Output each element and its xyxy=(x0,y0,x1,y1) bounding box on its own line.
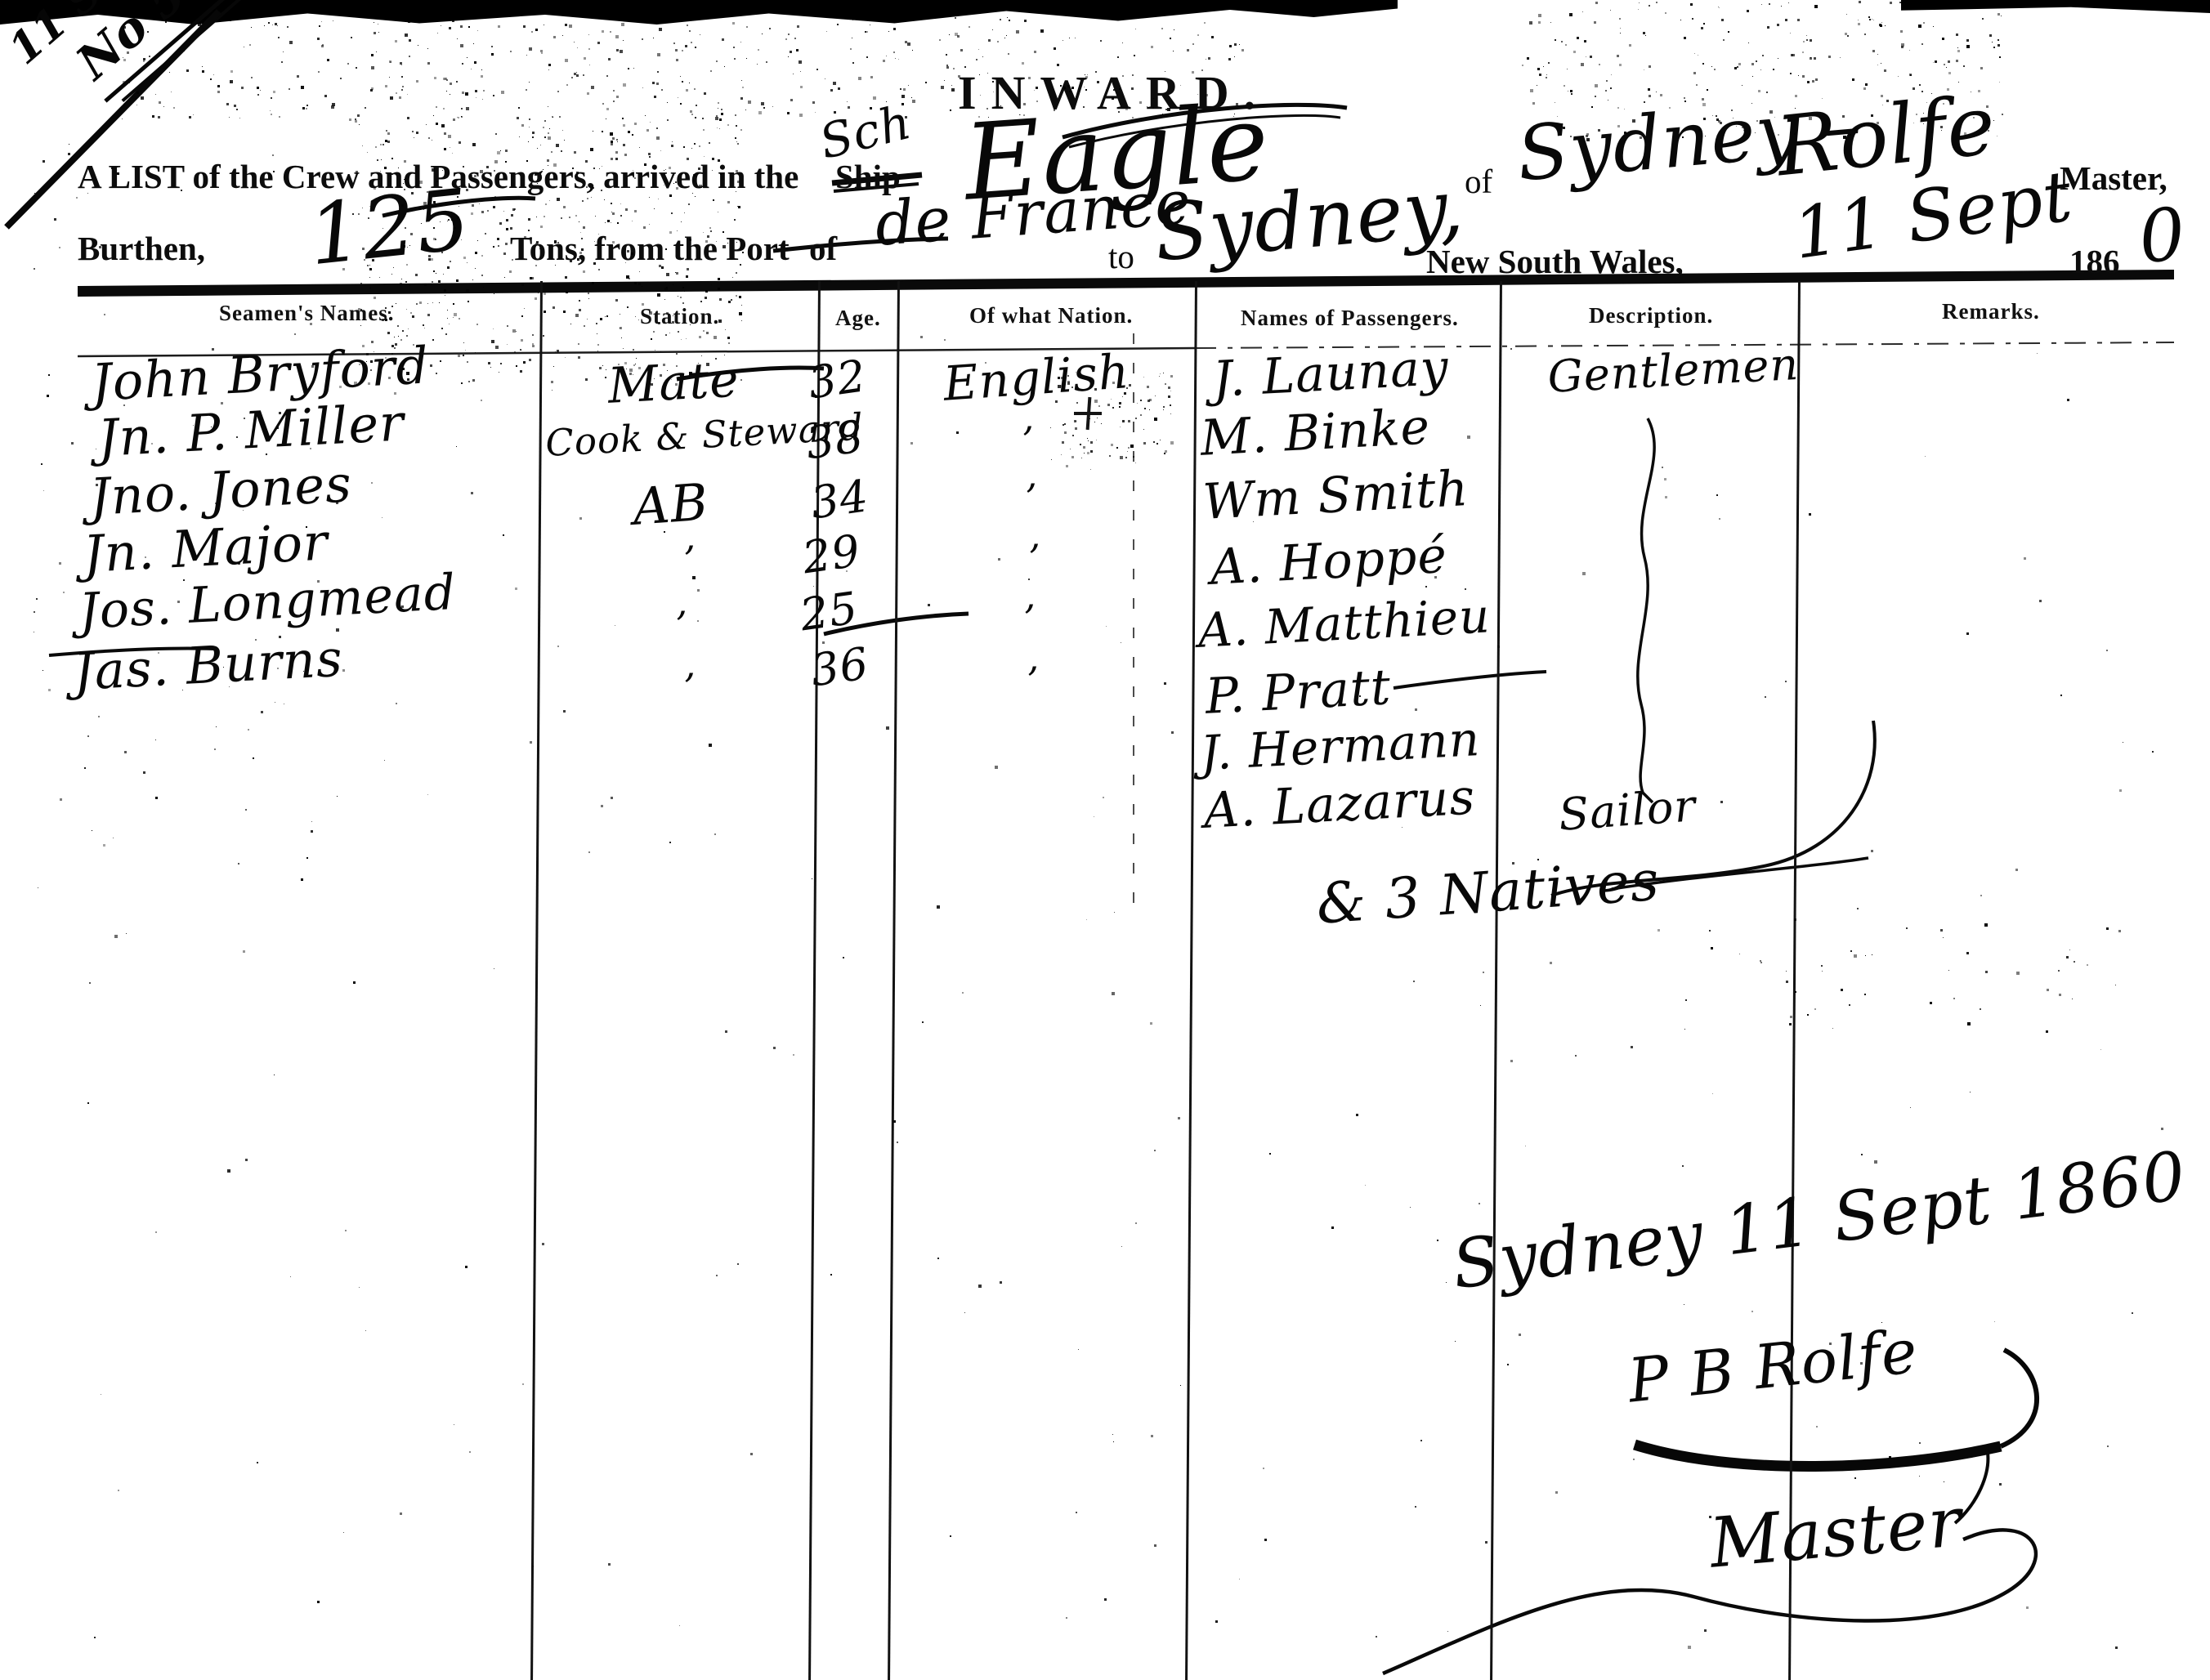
column-rule-4 xyxy=(1185,281,1197,1680)
tons-port-text: Tons, from the Port xyxy=(510,229,790,268)
crew-station-ditto: ’ xyxy=(675,603,687,647)
passenger-name: A. Hoppé xyxy=(1209,527,1449,596)
crew-station-ditto: ’ xyxy=(683,538,696,582)
year-digit: 0 xyxy=(2135,191,2190,279)
col-header-seamens-names: Seamen's Names. xyxy=(219,301,394,326)
column-rule-3 xyxy=(888,281,900,1680)
footer-place-date: Sydney 11 Sept 1860 xyxy=(1448,1137,2190,1304)
crew-age: 34 xyxy=(807,470,872,529)
col-header-remarks: Remarks. xyxy=(1942,299,2040,324)
header-to: to xyxy=(1108,237,1134,276)
crew-age: 25 xyxy=(797,582,861,641)
col-header-description: Description. xyxy=(1589,303,1713,328)
year-printed: 186 xyxy=(2069,242,2120,281)
col-header-nation: Of what Nation. xyxy=(969,303,1133,328)
port-of-struck: of xyxy=(809,229,837,268)
burthen-label: Burthen, xyxy=(78,229,205,268)
colony-label: New South Wales, xyxy=(1426,242,1684,281)
passenger-name: M. Binke xyxy=(1199,398,1432,467)
inward-crew-passenger-list-scan: 11 Sep No 5 xyxy=(0,0,2210,1680)
port-of-departure: de France xyxy=(873,168,1193,260)
footer-role: Master xyxy=(1707,1481,1965,1584)
lazarus-description: Sailor xyxy=(1557,780,1698,841)
crew-age: 36 xyxy=(807,637,872,696)
crew-nation-ditto: ’ xyxy=(1023,596,1036,641)
crew-station: Mate xyxy=(606,351,740,415)
crew-nation-ditto: ’ xyxy=(1022,418,1034,462)
header-master-word: Master, xyxy=(2060,159,2167,198)
col-header-passengers: Names of Passengers. xyxy=(1241,306,1459,331)
passenger-name: A. Lazarus xyxy=(1202,769,1477,840)
crew-nation-ditto: ’ xyxy=(1025,476,1037,520)
passenger-name: P. Pratt xyxy=(1204,659,1393,726)
footer-signature: P B Rolfe xyxy=(1625,1316,1921,1417)
crew-station: AB xyxy=(631,472,710,537)
col-header-age: Age. xyxy=(835,306,881,331)
scan-edge-band-right xyxy=(1901,0,2210,13)
crew-station-ditto: ’ xyxy=(683,665,696,709)
fold-crease xyxy=(1133,333,1134,905)
crew-age: 38 xyxy=(803,410,867,469)
pratt-flourish xyxy=(1394,672,1546,688)
crew-age: 32 xyxy=(805,350,870,409)
passenger-name: Wm Smith xyxy=(1201,460,1470,531)
column-rule-6 xyxy=(1788,281,1801,1680)
natives-note: & 3 Natives xyxy=(1314,849,1662,937)
column-rule-5 xyxy=(1490,281,1502,1680)
crew-nation: English xyxy=(942,343,1131,412)
col-header-station: Station. xyxy=(640,304,719,329)
column-rule-1 xyxy=(530,281,543,1680)
header-of: of xyxy=(1465,162,1492,201)
crew-name-row: Jas. Burns xyxy=(72,628,344,702)
ink-blot-horizontal xyxy=(1074,412,1102,415)
description-brace xyxy=(1638,418,1654,802)
crew-age: 29 xyxy=(799,525,864,583)
crew-nation-ditto: ’ xyxy=(1028,536,1040,580)
signature-underline xyxy=(1635,1445,2001,1467)
crew-nation-ditto: ’ xyxy=(1027,659,1039,703)
passenger-name: A. Matthieu xyxy=(1197,588,1492,659)
passenger-description: Gentlemen xyxy=(1546,338,1801,403)
signature-loop xyxy=(2001,1350,2037,1446)
